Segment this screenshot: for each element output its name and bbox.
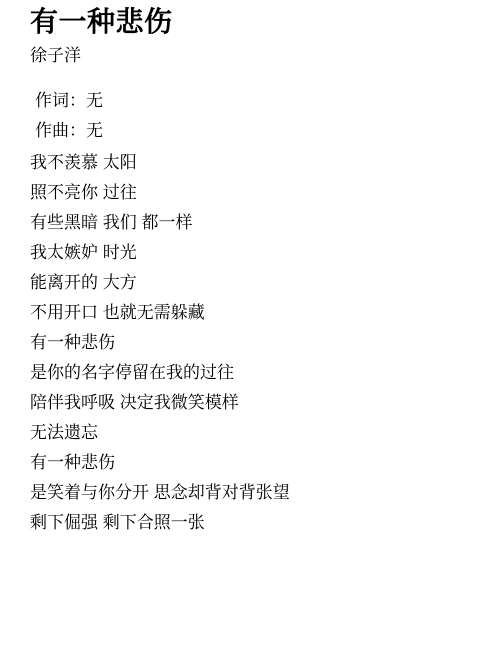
composer-credit: 作曲：无 [30,116,490,146]
lyric-line: 是你的名字停留在我的过往 [30,358,490,388]
lyric-line: 有一种悲伤 [30,448,490,478]
lyric-line: 剩下倔强 剩下合照一张 [30,508,490,538]
lyric-line: 陪伴我呼吸 决定我微笑模样 [30,388,490,418]
artist-name: 徐子洋 [30,46,490,66]
lyric-line: 不用开口 也就无需躲藏 [30,298,490,328]
lyric-line: 有一种悲伤 [30,328,490,358]
song-title: 有一种悲伤 [30,4,490,39]
lyricist-credit: 作词：无 [30,86,490,116]
lyric-line: 照不亮你 过往 [30,178,490,208]
credits-block: 作词：无 作曲：无 [30,86,490,146]
lyrics-block: 我不羡慕 太阳 照不亮你 过往 有些黑暗 我们 都一样 我太嫉妒 时光 能离开的… [30,148,490,538]
lyrics-page: 有一种悲伤 徐子洋 作词：无 作曲：无 我不羡慕 太阳 照不亮你 过往 有些黑暗… [0,0,500,670]
lyric-line: 我不羡慕 太阳 [30,148,490,178]
lyric-line: 有些黑暗 我们 都一样 [30,208,490,238]
lyric-line: 是笑着与你分开 思念却背对背张望 [30,478,490,508]
lyric-line: 无法遗忘 [30,418,490,448]
lyric-line: 能离开的 大方 [30,268,490,298]
lyric-line: 我太嫉妒 时光 [30,238,490,268]
